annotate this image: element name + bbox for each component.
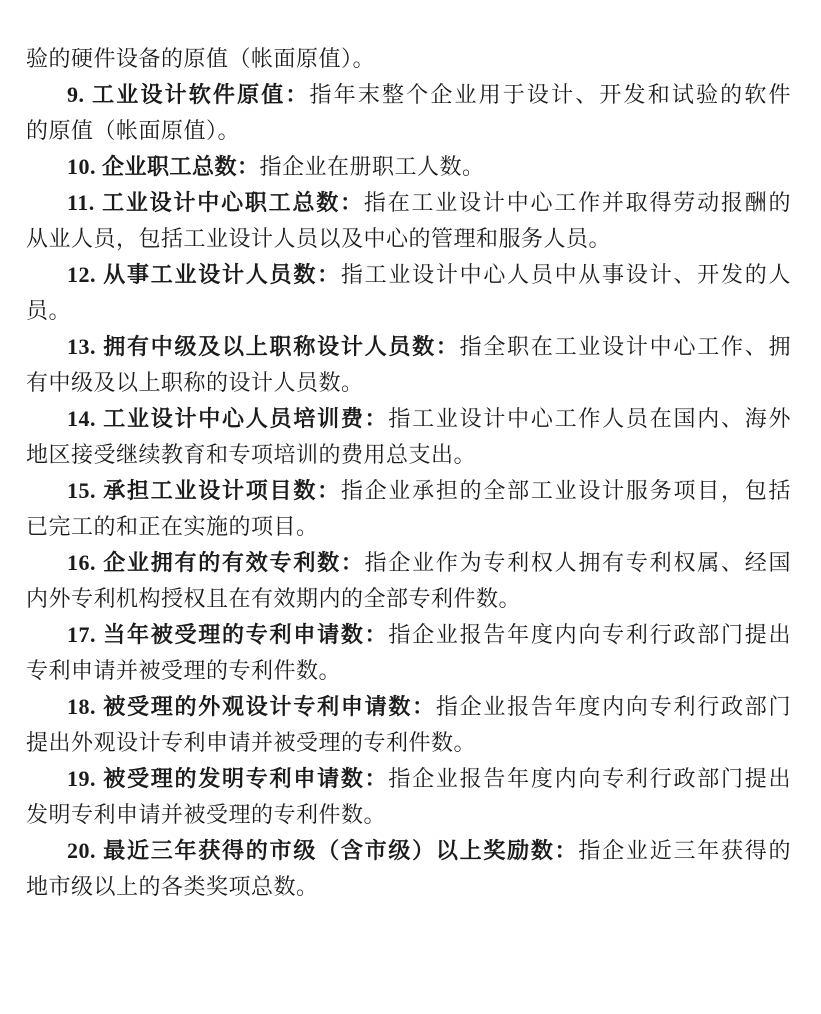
item-number-and-title: 12. 从事工业设计人员数： bbox=[67, 262, 341, 287]
item-number-and-title: 18. 被受理的外观设计专利申请数： bbox=[67, 694, 436, 719]
item-definition-text: 员。 bbox=[26, 298, 71, 323]
item-definition-text: 指企业作为专利权人拥有专利权属、经国 bbox=[365, 550, 791, 575]
item-definition-text: 有中级及以上职称的设计人员数。 bbox=[26, 370, 364, 395]
item-number-and-title: 17. 当年被受理的专利申请数： bbox=[67, 622, 388, 647]
item-definition-text: 验的硬件设备的原值（帐面原值）。 bbox=[26, 46, 375, 71]
item-definition-text: 发明专利申请并被受理的专利件数。 bbox=[26, 802, 386, 827]
item-number-and-title: 13. 拥有中级及以上职称设计人员数： bbox=[67, 334, 460, 359]
paragraph-first-line: 18. 被受理的外观设计专利申请数：指企业报告年度内向专利行政部门 bbox=[26, 689, 791, 725]
paragraph-continuation-line: 已完工的和正在实施的项目。 bbox=[26, 509, 791, 545]
item-number-and-title: 10. 企业职工总数： bbox=[67, 154, 260, 179]
paragraph-first-line: 15. 承担工业设计项目数：指企业承担的全部工业设计服务项目，包括 bbox=[26, 473, 791, 509]
item-definition-text: 指全职在工业设计中心工作、拥 bbox=[460, 334, 791, 359]
paragraph-continuation-line: 地区接受继续教育和专项培训的费用总支出。 bbox=[26, 437, 791, 473]
paragraph-continuation-line: 员。 bbox=[26, 293, 791, 329]
paragraph-first-line: 14. 工业设计中心人员培训费：指工业设计中心工作人员在国内、海外 bbox=[26, 401, 791, 437]
paragraph-first-line: 10. 企业职工总数：指企业在册职工人数。 bbox=[26, 149, 791, 185]
paragraph-first-line: 9. 工业设计软件原值：指年末整个企业用于设计、开发和试验的软件 bbox=[26, 77, 791, 113]
item-definition-text: 地区接受继续教育和专项培训的费用总支出。 bbox=[26, 442, 476, 467]
paragraph-continuation-line: 有中级及以上职称的设计人员数。 bbox=[26, 365, 791, 401]
paragraph-continuation-line: 的原值（帐面原值）。 bbox=[26, 113, 791, 149]
item-definition-text: 提出外观设计专利申请并被受理的专利件数。 bbox=[26, 730, 476, 755]
item-number-and-title: 19. 被受理的发明专利申请数： bbox=[67, 766, 388, 791]
item-definition-text: 指年末整个企业用于设计、开发和试验的软件 bbox=[310, 82, 791, 107]
paragraph-first-line: 验的硬件设备的原值（帐面原值）。 bbox=[26, 41, 791, 77]
item-definition-text: 指工业设计中心人员中从事设计、开发的人 bbox=[341, 262, 791, 287]
paragraph-continuation-line: 地市级以上的各类奖项总数。 bbox=[26, 869, 791, 905]
document-page: 验的硬件设备的原值（帐面原值）。9. 工业设计软件原值：指年末整个企业用于设计、… bbox=[0, 0, 821, 1014]
text-block: 验的硬件设备的原值（帐面原值）。9. 工业设计软件原值：指年末整个企业用于设计、… bbox=[26, 41, 791, 905]
item-number-and-title: 14. 工业设计中心人员培训费： bbox=[67, 406, 388, 431]
item-number-and-title: 11. 工业设计中心职工总数： bbox=[67, 190, 364, 215]
item-number-and-title: 9. 工业设计软件原值： bbox=[67, 82, 310, 107]
item-definition-text: 指企业在册职工人数。 bbox=[260, 154, 485, 179]
paragraph-first-line: 12. 从事工业设计人员数：指工业设计中心人员中从事设计、开发的人 bbox=[26, 257, 791, 293]
item-number-and-title: 16. 企业拥有的有效专利数： bbox=[67, 550, 365, 575]
paragraph-first-line: 20. 最近三年获得的市级（含市级）以上奖励数：指企业近三年获得的 bbox=[26, 833, 791, 869]
paragraph-first-line: 11. 工业设计中心职工总数：指在工业设计中心工作并取得劳动报酬的 bbox=[26, 185, 791, 221]
paragraph-continuation-line: 从业人员，包括工业设计人员以及中心的管理和服务人员。 bbox=[26, 221, 791, 257]
paragraph-first-line: 13. 拥有中级及以上职称设计人员数：指全职在工业设计中心工作、拥 bbox=[26, 329, 791, 365]
item-definition-text: 从业人员，包括工业设计人员以及中心的管理和服务人员。 bbox=[26, 226, 611, 251]
paragraph-continuation-line: 专利申请并被受理的专利件数。 bbox=[26, 653, 791, 689]
item-definition-text: 指企业报告年度内向专利行政部门 bbox=[436, 694, 791, 719]
paragraph-continuation-line: 内外专利机构授权且在有效期内的全部专利件数。 bbox=[26, 581, 791, 617]
item-definition-text: 指企业近三年获得的 bbox=[578, 838, 791, 863]
item-definition-text: 内外专利机构授权且在有效期内的全部专利件数。 bbox=[26, 586, 521, 611]
paragraph-continuation-line: 提出外观设计专利申请并被受理的专利件数。 bbox=[26, 725, 791, 761]
item-definition-text: 指企业报告年度内向专利行政部门提出 bbox=[388, 622, 791, 647]
paragraph-continuation-line: 发明专利申请并被受理的专利件数。 bbox=[26, 797, 791, 833]
item-number-and-title: 15. 承担工业设计项目数： bbox=[67, 478, 341, 503]
item-number-and-title: 20. 最近三年获得的市级（含市级）以上奖励数： bbox=[67, 838, 578, 863]
item-definition-text: 的原值（帐面原值）。 bbox=[26, 118, 240, 143]
item-definition-text: 指在工业设计中心工作并取得劳动报酬的 bbox=[364, 190, 791, 215]
item-definition-text: 地市级以上的各类奖项总数。 bbox=[26, 874, 319, 899]
item-definition-text: 已完工的和正在实施的项目。 bbox=[26, 514, 319, 539]
item-definition-text: 指企业报告年度内向专利行政部门提出 bbox=[388, 766, 791, 791]
paragraph-first-line: 17. 当年被受理的专利申请数：指企业报告年度内向专利行政部门提出 bbox=[26, 617, 791, 653]
paragraph-first-line: 16. 企业拥有的有效专利数：指企业作为专利权人拥有专利权属、经国 bbox=[26, 545, 791, 581]
item-definition-text: 专利申请并被受理的专利件数。 bbox=[26, 658, 341, 683]
item-definition-text: 指企业承担的全部工业设计服务项目，包括 bbox=[341, 478, 791, 503]
item-definition-text: 指工业设计中心工作人员在国内、海外 bbox=[388, 406, 791, 431]
paragraph-first-line: 19. 被受理的发明专利申请数：指企业报告年度内向专利行政部门提出 bbox=[26, 761, 791, 797]
